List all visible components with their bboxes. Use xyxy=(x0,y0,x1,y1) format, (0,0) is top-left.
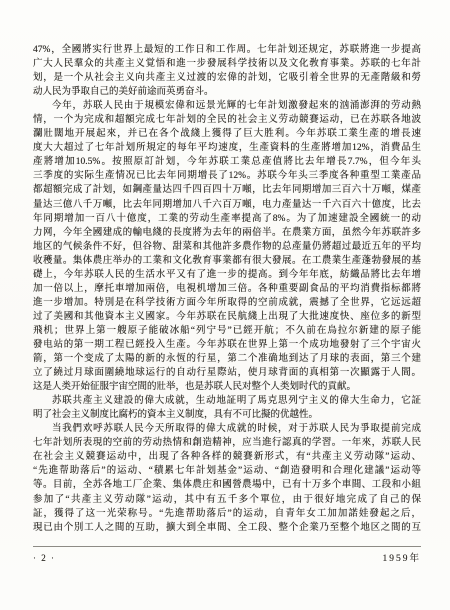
text-line: 立了繞过月球面圍繞地球运行的自动行星際站，使月球背面的真相第一次顯露于人間。 xyxy=(33,366,421,380)
text-line: 在社会主义競賽运动中，出現了各种各样的競賽新形式，有“共產主义劳动隊”运动、 xyxy=(33,450,421,464)
text-line: 过了美國和其他資本主义國家。今年苏联在民航綫上出現了大批速度快、座位多的新型 xyxy=(33,310,421,324)
footer-rule xyxy=(33,546,421,547)
text-line: 量达三億八千万噸，比去年同期增加八千六百万噸，电力產量达一千六百六十億度，比去 xyxy=(33,198,421,212)
text-line: 这是人类开始征服宇宙空間的壯举，也是苏联人民对整个人类划时代的貢献。 xyxy=(33,380,421,394)
text-line: 47%，全國將实行世界上最短的工作日和工作周。七年計划还规定，苏联將進一步提高 xyxy=(33,43,421,57)
text-line: 苏联共產主义建設的偉大成就，生动地証明了馬克思列宁主义的偉大生命力，它証 xyxy=(33,394,421,408)
text-line: 瀾壯闊地开展起來，并已在各个战綫上獲得了巨大胜利。今年苏联工業生產的增長速 xyxy=(33,127,421,141)
text-line: 划，是一个从社会主义向共產主义过渡的宏偉的計划，它吸引着全世界的无產階級和勞 xyxy=(33,71,421,85)
text-line: 礎上，今年苏联人民的生活水平又有了進一步的提高。到今年年底，紡織品將比去年增 xyxy=(33,268,421,282)
text-line: 力网，今年全國建成的輸电綫的長度將为去年的兩倍半。在農業方面，虽然今年苏联許多 xyxy=(33,226,421,240)
text-line: “先進帮助落后”的运动、“積累七年計划基金”运动、“創造發明和合理化建議”运动等 xyxy=(33,464,421,478)
footer-year: 1959年 xyxy=(382,550,421,564)
page-number: · 2 · xyxy=(33,553,56,563)
text-line: 地区的气候条件不好，但谷物、甜菜和其他許多農作物的总產量仍將超过最近五年的平均 xyxy=(33,240,421,254)
text-line: 進一步增加。特別是在科学技術方面今年所取得的空前成就，震撼了全世界，它远远超 xyxy=(33,296,421,310)
text-line: 加一倍以上，摩托車增加兩倍，电視机增加三倍。各种重要副食品的平均消費指标都將 xyxy=(33,282,421,296)
page-footer: · 2 · 1959年 xyxy=(33,546,421,564)
text-line: 收穫量。集体農庄举办的工業和文化敎育事業都有很大發展。在工農業生產蓬勃發展的基 xyxy=(33,254,421,268)
text-line: 今年，苏联人民由于規模宏偉和远景光輝的七年計划激發起來的汹涌澎湃的劳动熱 xyxy=(33,99,421,113)
text-line: 箭，第一个变成了太陽的新的永恆的行星，第二个准确地到达了月球的表面，第三个建 xyxy=(33,352,421,366)
text-line: 动人民为爭取自己的美好前途而英勇奋斗。 xyxy=(33,85,421,99)
text-line: 当我們欢呼苏联人民今天所取得的偉大成就的时候，对于苏联人民为爭取提前完成 xyxy=(33,422,421,436)
text-line: 广大人民羣众的共產主义覚悟和進一步發展科学技術以及文化敎育事業。苏联的七年計 xyxy=(33,57,421,71)
text-line: 度大大超过了七年計划所規定的每年平均速度，生產資料的生產將增加12%，消費品生 xyxy=(33,141,421,155)
body-text: 47%，全國將实行世界上最短的工作日和工作周。七年計划还规定，苏联將進一步提高广… xyxy=(33,43,421,535)
text-line: 七年計划所表現的空前的劳动热情和創造精神，应当進行認真的学習。一年來，苏联人民 xyxy=(33,436,421,450)
text-line: 三季度的实际生產情况已比去年同期增長了12%。苏联今年头三季度各种重型工業產品 xyxy=(33,169,421,183)
text-line: 証，獲得了这一光荣称号。“先進帮助落后”的运动，自青年女工加加諾娃發起之后， xyxy=(33,507,421,521)
text-line: 飛机；世界上第一艘原子能破冰船“列宁号”已經开航；不久前在烏拉尔新建的原子能 xyxy=(33,324,421,338)
text-line: 情，一个为完成和超額完成七年計划的全民的社会主义劳动競賽运动，已在苏联各地波 xyxy=(33,113,421,127)
scanned-document-page: 47%，全國將实行世界上最短的工作日和工作周。七年計划还规定，苏联將進一步提高广… xyxy=(0,0,450,610)
text-line: 明了社会主义制度比腐朽的資本主义制度，具有不可比擬的优越性。 xyxy=(33,408,421,422)
footer-row: · 2 · 1959年 xyxy=(33,550,421,564)
text-line: 都超額完成了計划，如鋼產量达四千四百四十万噸，比去年同期增加三百六十万噸，煤產 xyxy=(33,183,421,197)
text-line: 發电站的第一期工程已經投入生產。今年苏联在世界上第一个成功地發射了三个宇宙火 xyxy=(33,338,421,352)
text-line: 現已由个別工人之間的互助，擴大到全車間、全工段、整个企業乃至整个地区之間的互 xyxy=(33,521,421,535)
text-line: 等。目前，全苏各地工厂企業、集体農庄和國營農場中，已有十万多个車間、工段和小組 xyxy=(33,478,421,492)
text-line: 產將增加10.5%。按照原訂計划，今年苏联工業总產值將比去年增長7.7%，但今年… xyxy=(33,155,421,169)
text-line: 参加了“共產主义劳动隊”运动，其中有五千多个單位，由于很好地完成了自己的保 xyxy=(33,493,421,507)
text-line: 年同期增加一百八十億度，工業的劳动生產率提高了8%。为了加速建設全國統一的动 xyxy=(33,212,421,226)
